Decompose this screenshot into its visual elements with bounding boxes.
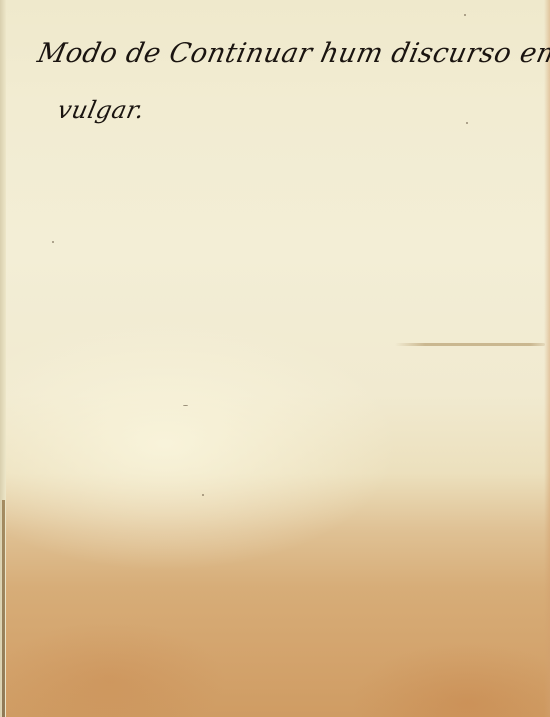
binding-thread	[2, 500, 5, 717]
ink-speck	[466, 122, 468, 124]
paper-crease	[395, 343, 545, 346]
handwritten-line-1: Modo de Continuar hum discurso em bom	[35, 38, 550, 69]
manuscript-page: Modo de Continuar hum discurso em bom vu…	[0, 0, 550, 717]
handwritten-line-2: vulgar.	[55, 96, 147, 124]
page-right-edge	[544, 0, 550, 717]
ink-speck	[464, 14, 466, 16]
ink-speck	[202, 494, 204, 496]
ink-speck	[183, 405, 188, 406]
ink-speck	[52, 241, 54, 243]
